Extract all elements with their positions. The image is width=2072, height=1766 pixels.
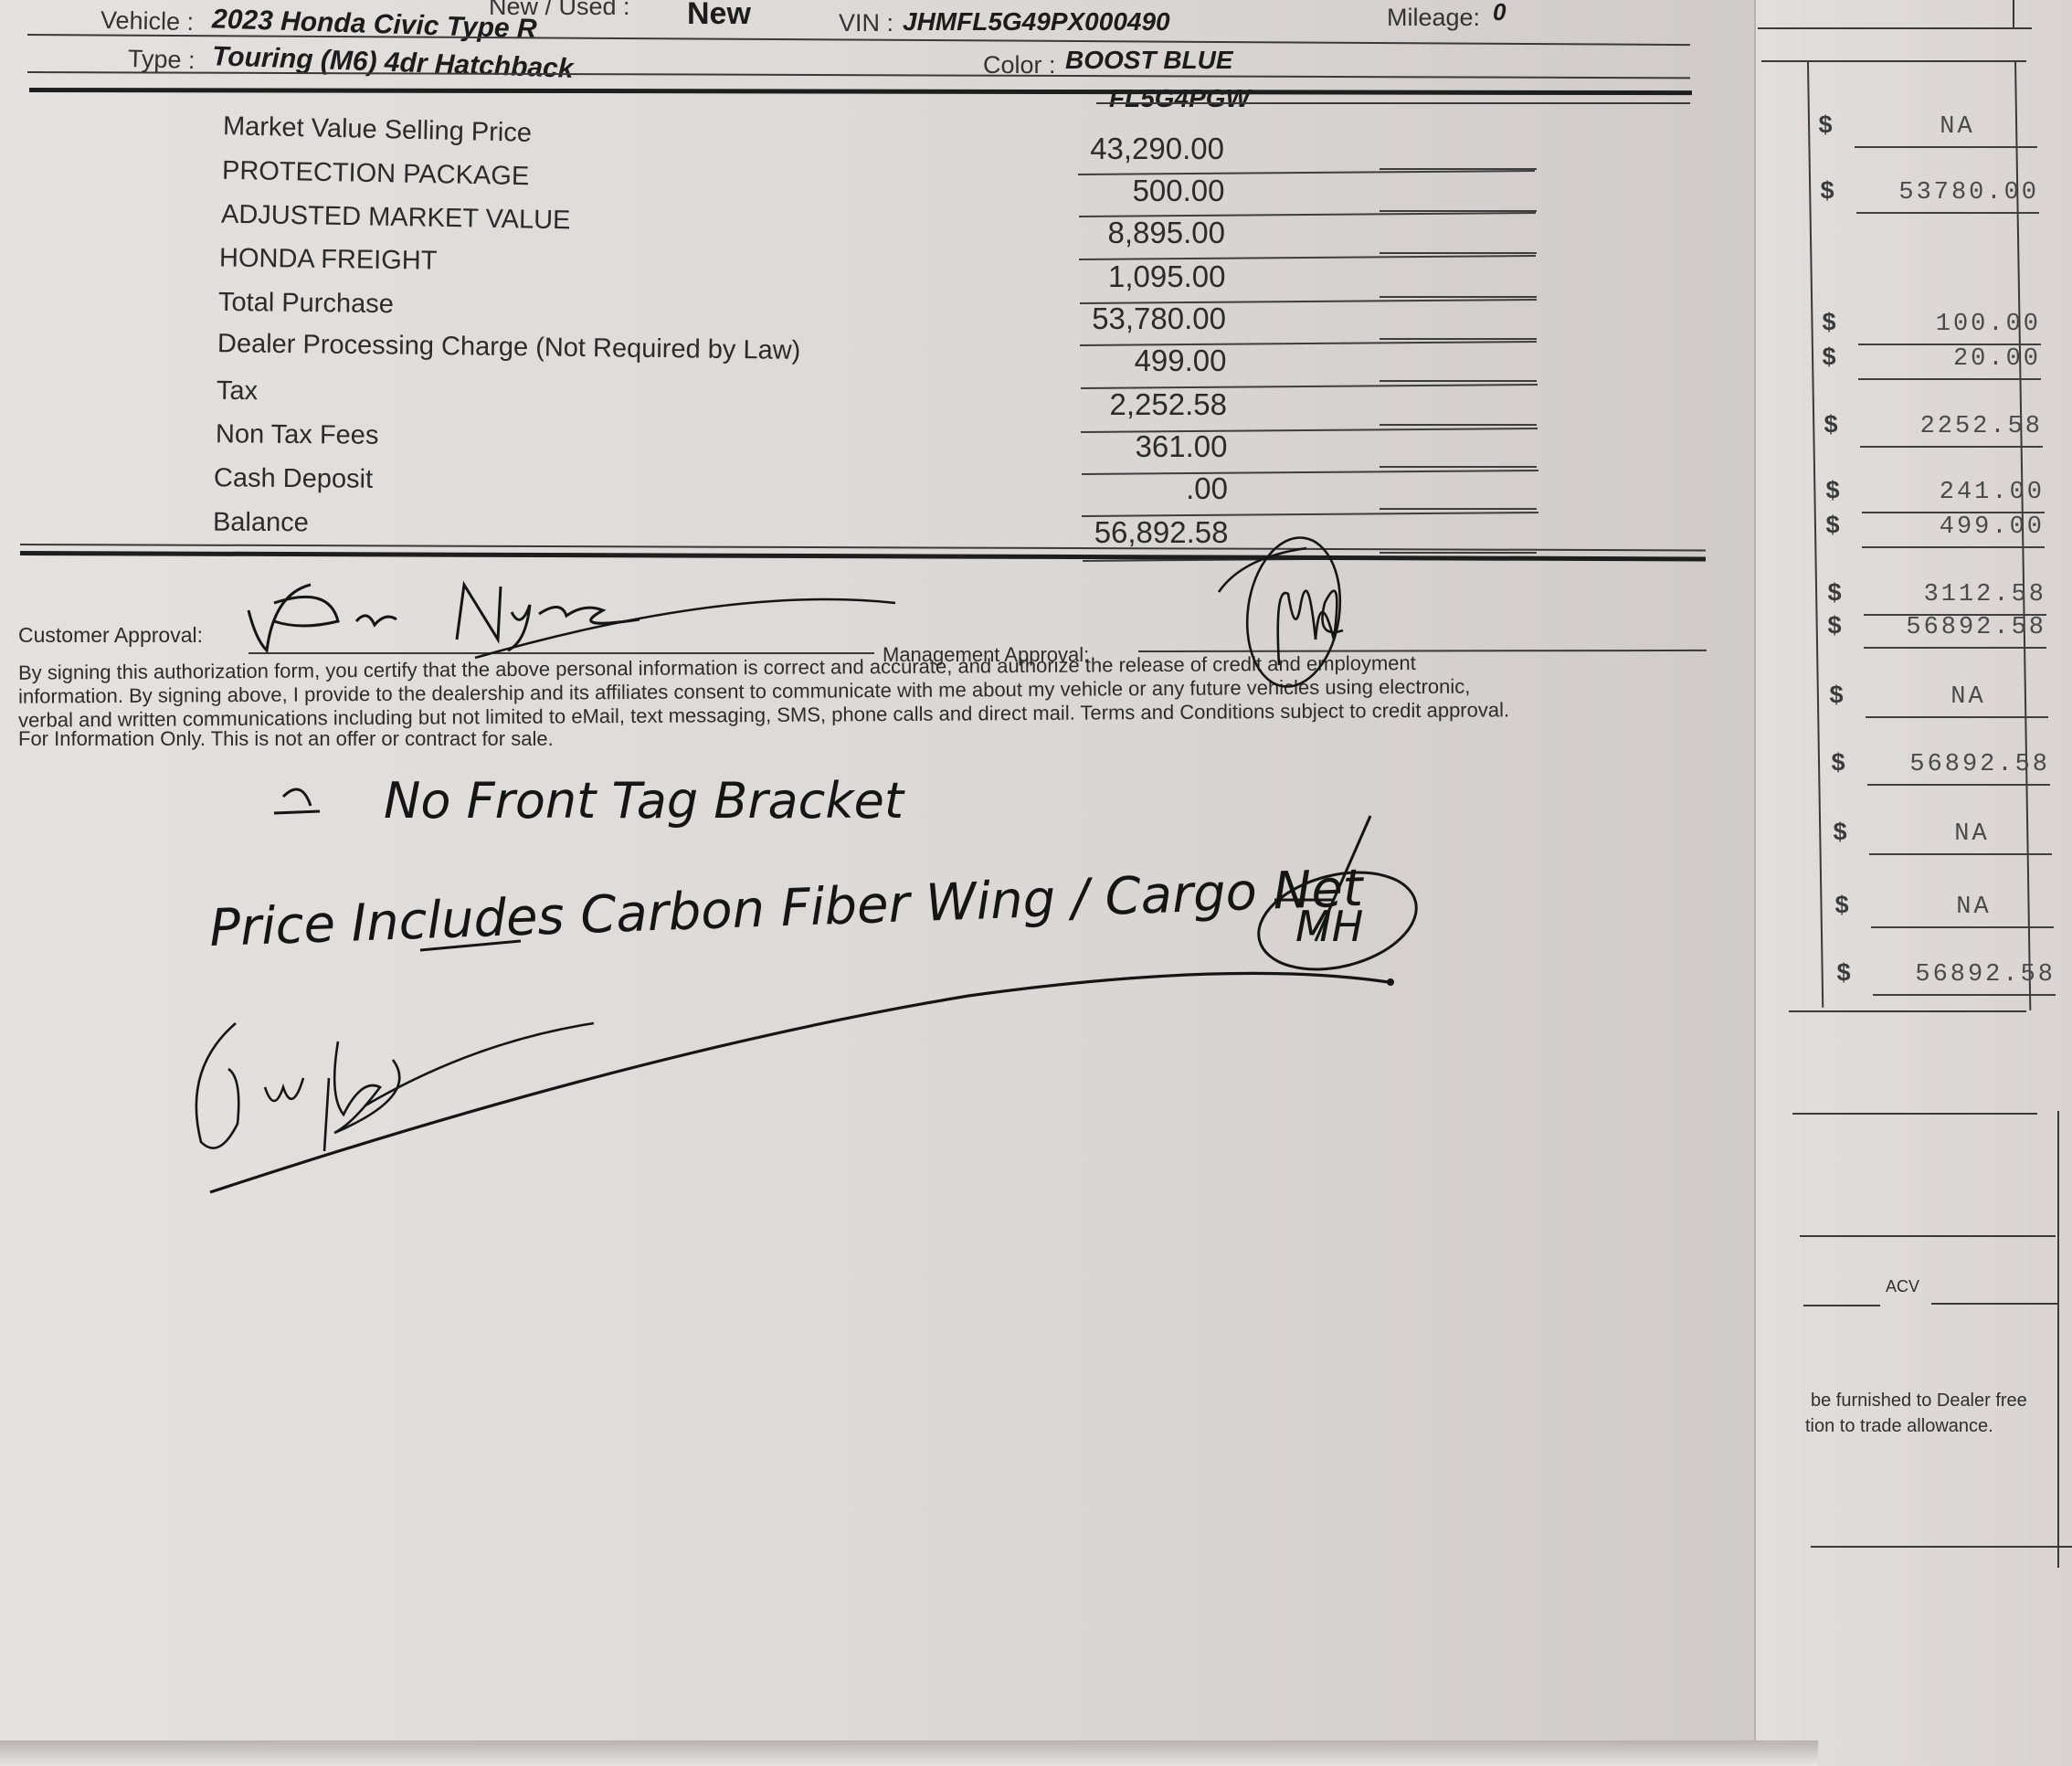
mileage-value: 0	[1493, 0, 1506, 26]
vehicle-label: Vehicle :	[100, 6, 195, 37]
dollar-sign: $	[1824, 413, 1838, 440]
color-value: BOOST BLUE	[1065, 46, 1233, 75]
dollar-sign: $	[1827, 581, 1842, 608]
box-rule	[1789, 1010, 2026, 1012]
summary-value: NA	[1894, 894, 2054, 921]
summary-value: 53780.00	[1879, 179, 2039, 206]
acv-line[interactable]	[1931, 1303, 2059, 1305]
box-rule	[1811, 1546, 2072, 1548]
model-code: FL5G4PGW	[1109, 84, 1250, 113]
summary-value: 20.00	[1881, 345, 2041, 373]
price-item-label: HONDA FREIGHT	[219, 243, 438, 276]
amount-underline	[1380, 508, 1537, 510]
price-item-amount: 56,892.58	[918, 515, 1229, 550]
header-divider	[29, 88, 1692, 95]
dollar-sign: $	[1829, 683, 1844, 711]
summary-underline	[1856, 212, 2039, 214]
dollar-sign: $	[1822, 311, 1836, 338]
dollar-sign: $	[1833, 820, 1847, 848]
dollar-sign: $	[1818, 113, 1833, 141]
price-item-label: Dealer Processing Charge (Not Required b…	[217, 329, 801, 366]
price-item-label: ADJUSTED MARKET VALUE	[220, 200, 570, 237]
box-rule	[1792, 1113, 2037, 1115]
dollar-sign: $	[1820, 179, 1834, 206]
box-rule	[1758, 27, 2032, 29]
box-rule	[1761, 60, 2026, 62]
dollar-sign: $	[1825, 479, 1840, 506]
price-item-amount: 53,780.00	[915, 301, 1226, 336]
summary-underline	[1864, 647, 2046, 649]
summary-underline	[1869, 853, 2052, 855]
price-item-amount: 500.00	[914, 174, 1225, 208]
disclaimer: By signing this authorization form, you …	[18, 656, 1509, 751]
summary-underline	[1871, 926, 2054, 928]
dollar-sign: $	[1827, 614, 1842, 641]
box-edge	[2013, 0, 2014, 29]
summary-underline	[1862, 546, 2045, 548]
price-item-label: Market Value Selling Price	[223, 111, 533, 149]
amount-underline	[1380, 338, 1537, 340]
summary-underline	[1860, 446, 2043, 448]
initials-text: MH	[1295, 902, 1363, 951]
summary-value: NA	[1877, 113, 2037, 141]
right-summary-sheet: $NA$53780.00$100.00$20.00$2252.58$241.00…	[1754, 0, 2072, 1766]
summary-value: 56892.58	[1896, 961, 2056, 989]
footer-line: tion to trade allowance.	[1805, 1416, 1993, 1437]
note-separator	[420, 816, 1370, 950]
note-strikeout	[274, 789, 320, 813]
amount-underline	[1380, 380, 1537, 382]
acv-label: ACV	[1886, 1277, 1919, 1296]
summary-value: NA	[1888, 683, 2048, 711]
signature-underline-stroke	[210, 973, 1389, 1192]
page-bottom-edge	[0, 1740, 1818, 1766]
amount-underline	[1380, 296, 1537, 298]
price-item-label: PROTECTION PACKAGE	[222, 156, 530, 192]
footer-line: be furnished to Dealer free	[1811, 1391, 2027, 1412]
vin-label: VIN :	[839, 9, 893, 37]
customer-signature-line[interactable]	[248, 652, 874, 654]
dollar-sign: $	[1831, 751, 1845, 778]
summary-value: 499.00	[1885, 513, 2045, 541]
price-item-label: Balance	[213, 508, 309, 539]
customer-approval-label: Customer Approval:	[18, 623, 203, 647]
new-used-value: New	[687, 0, 751, 32]
summary-underline	[1866, 716, 2048, 718]
amount-underline	[1380, 252, 1537, 254]
summary-value: NA	[1892, 820, 2052, 848]
summary-value: 56892.58	[1887, 614, 2046, 641]
acv-line[interactable]	[1803, 1305, 1880, 1306]
customer-signature	[248, 585, 895, 658]
dollar-sign: $	[1836, 961, 1851, 989]
price-item-amount: 8,895.00	[914, 216, 1225, 250]
initials-circle: MH	[1249, 857, 1427, 985]
summary-value: 56892.58	[1890, 751, 2050, 778]
price-item-label: Cash Deposit	[214, 463, 373, 495]
price-item-amount: 2,252.58	[916, 387, 1227, 422]
summary-value: 241.00	[1885, 479, 2045, 506]
deal-worksheet-page: New / Used : New VIN : JHMFL5G49PX000490…	[0, 0, 1818, 1754]
summary-underline	[1867, 784, 2050, 786]
summary-value: 100.00	[1881, 311, 2041, 338]
summary-value: 3112.58	[1887, 581, 2046, 608]
summary-underline	[1858, 378, 2041, 380]
summary-underline	[1873, 994, 2056, 996]
summary-underline	[1855, 146, 2037, 148]
price-item-amount: 499.00	[916, 344, 1227, 378]
price-item-amount: .00	[917, 471, 1228, 506]
price-item-amount: 43,290.00	[914, 132, 1224, 166]
trade-line[interactable]	[1800, 1235, 2056, 1237]
type-label: Type :	[128, 45, 196, 75]
header-rule	[27, 71, 1690, 79]
price-item-label: Tax	[217, 376, 258, 407]
lower-signature	[196, 1023, 594, 1151]
amount-underline	[1380, 552, 1537, 554]
amount-underline	[1380, 466, 1537, 468]
price-item-amount: 361.00	[917, 429, 1228, 464]
dollar-sign: $	[1822, 345, 1836, 373]
summary-value: 2252.58	[1883, 413, 2043, 440]
price-item-label: Non Tax Fees	[215, 419, 378, 451]
balance-divider	[20, 544, 1706, 551]
type-value: Touring (M6) 4dr Hatchback	[212, 41, 575, 85]
note-price-includes: Price Includes Carbon Fiber Wing / Cargo…	[208, 859, 1366, 958]
price-item-amount: 1,095.00	[915, 259, 1226, 294]
note-no-front-tag: No Front Tag Bracket	[384, 772, 905, 830]
dollar-sign: $	[1834, 894, 1849, 921]
dollar-sign: $	[1825, 513, 1840, 541]
amount-underline	[1380, 424, 1537, 426]
price-item-label: Total Purchase	[218, 288, 394, 320]
header-rule	[1096, 102, 1690, 104]
mileage-label: Mileage:	[1387, 4, 1480, 32]
box-edge	[2057, 1111, 2059, 1568]
vin-value: JHMFL5G49PX000490	[903, 7, 1170, 37]
